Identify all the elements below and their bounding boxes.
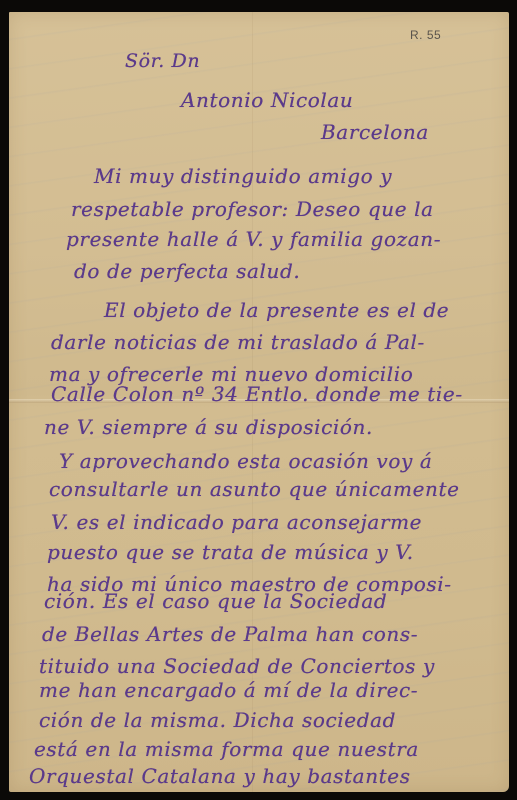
letter-line: Mi muy distinguido amigo y [94,164,392,188]
letter-line: Calle Colon nº 34 Entlo. donde me tie- [51,382,463,406]
letter-line: está en la misma forma que nuestra [34,737,419,761]
address-honorific: Sör. Dn [125,50,200,72]
letter-line: respetable profesor: Deseo que la [71,197,434,221]
letter-line: ne V. siempre á su disposición. [44,415,373,439]
letter-line: Orquestal Catalana y hay bastantes [29,764,411,788]
letter-line: Y aprovechando esta ocasión voy á [59,449,432,473]
letter-line: puesto que se trata de música y V. [47,540,414,564]
letter-line: V. es el indicado para aconsejarme [51,510,422,534]
letter-paper: R. 55 Sör. Dn Antonio Nicolau Barcelona … [9,12,509,792]
letter-line: tituido una Sociedad de Conciertos y [39,654,435,678]
letter-line: do de perfecta salud. [74,259,300,283]
address-city: Barcelona [321,120,429,144]
letter-line: presente halle á V. y familia gozan- [66,227,441,251]
letter-line: ción. Es el caso que la Sociedad [44,589,387,613]
letter-line: El objeto de la presente es el de [104,298,449,322]
letter-line: de Bellas Artes de Palma han cons- [42,622,418,646]
scanned-letter-page: R. 55 Sör. Dn Antonio Nicolau Barcelona … [0,0,517,800]
letter-line: ción de la misma. Dicha sociedad [39,708,396,732]
archive-reference-number: R. 55 [410,28,441,42]
address-name: Antonio Nicolau [181,88,353,112]
letter-line: me han encargado á mí de la direc- [39,678,418,702]
letter-line: consultarle un asunto que únicamente [49,477,460,501]
letter-line: darle noticias de mi traslado á Pal- [51,330,425,354]
